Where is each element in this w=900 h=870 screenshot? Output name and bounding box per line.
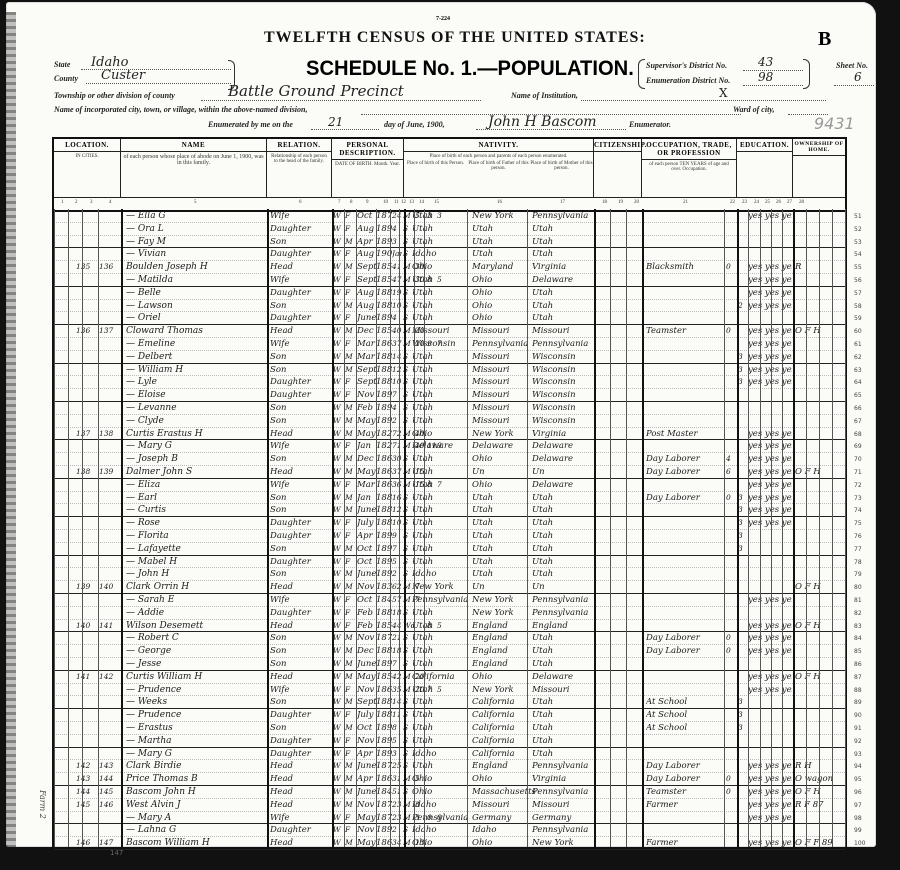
person-name: — Clyde xyxy=(126,415,266,427)
column-number: 16 xyxy=(497,200,502,205)
relation: Head xyxy=(270,773,332,785)
age: 23 xyxy=(392,799,402,811)
months-unemployed xyxy=(726,568,736,580)
family-number xyxy=(99,376,121,388)
birth-month: Nov xyxy=(357,735,376,747)
occupation: Day Laborer xyxy=(646,632,724,644)
group-name: NAME of each person whose place of abode… xyxy=(121,139,267,197)
sex: M xyxy=(345,261,356,273)
color-race: W xyxy=(333,658,344,670)
line-number: 85 xyxy=(854,648,862,655)
months-school: 3 xyxy=(738,543,748,555)
table-row: — ElizaWifeWFMar186436M1587UtahOhioDelaw… xyxy=(54,479,845,492)
column-divider xyxy=(82,209,83,847)
education-literacy: yes yes yes xyxy=(748,671,792,683)
person-name: — Delbert xyxy=(126,351,266,363)
sex: F xyxy=(345,376,356,388)
sex: F xyxy=(345,312,356,324)
home-ownership xyxy=(795,568,845,580)
column-number: 18 xyxy=(602,200,607,205)
birth-month: Nov xyxy=(357,799,376,811)
color-race: W xyxy=(333,210,344,222)
enumeration-value: 98 xyxy=(758,70,773,84)
dwelling-number xyxy=(76,594,98,606)
birth-month: Feb xyxy=(357,607,376,619)
table-row: 144145Bascom John HHeadWMJune184851SOhio… xyxy=(54,786,845,799)
months-unemployed xyxy=(726,709,736,721)
person-name: — Eliza xyxy=(126,479,266,491)
person-name: Curtis Erastus H xyxy=(126,428,266,440)
table-row: — LafayetteSonWMOct18927SUtahUtahUtah377 xyxy=(54,543,845,556)
home-ownership xyxy=(795,632,845,644)
occupation: Day Laborer xyxy=(646,645,724,657)
table-row: 143144Price Thomas BHeadWMApr186931M5Ohi… xyxy=(54,773,845,786)
person-name: Bascom John H xyxy=(126,786,266,798)
home-ownership: O wagon xyxy=(795,773,845,785)
occupation: Day Laborer xyxy=(646,453,724,465)
dwelling-number: 140 xyxy=(76,620,98,632)
education-literacy xyxy=(748,658,792,670)
months-school xyxy=(738,248,748,260)
family-number xyxy=(99,568,121,580)
occupation xyxy=(646,364,724,376)
column-number: 26 xyxy=(776,200,781,205)
occupation xyxy=(646,312,724,324)
home-ownership: O F H xyxy=(795,620,845,632)
person-name: — Lawson xyxy=(126,300,266,312)
table-row: — Robert CSonWMNov187821SUtahEnglandUtah… xyxy=(54,632,845,645)
occupation xyxy=(646,684,724,696)
relation: Daughter xyxy=(270,223,332,235)
column-divider xyxy=(98,209,99,847)
education-literacy xyxy=(748,696,792,708)
township-line xyxy=(201,100,481,101)
line-number: 73 xyxy=(854,495,862,502)
months-unemployed xyxy=(726,748,736,760)
months-school: 3 xyxy=(738,376,748,388)
home-ownership xyxy=(795,658,845,670)
relation: Son xyxy=(270,415,332,427)
months-school xyxy=(738,261,748,273)
education-literacy xyxy=(748,581,792,593)
months-unemployed xyxy=(726,376,736,388)
relation: Daughter xyxy=(270,709,332,721)
relation: Head xyxy=(270,261,332,273)
months-unemployed xyxy=(726,671,736,683)
family-number: 145 xyxy=(99,786,121,798)
family-number xyxy=(99,594,121,606)
column-number: 1 xyxy=(61,200,64,205)
column-divider xyxy=(748,209,749,847)
person-name: — Prudence xyxy=(126,709,266,721)
age: 3 xyxy=(392,748,402,760)
line-number: 59 xyxy=(854,315,862,322)
relation: Head xyxy=(270,760,332,772)
person-name: — Joseph B xyxy=(126,453,266,465)
column-number: 12 xyxy=(401,200,406,205)
birth-month: Mar xyxy=(357,351,376,363)
home-ownership: O F H xyxy=(795,581,845,593)
column-divider xyxy=(832,209,833,847)
age: 2 xyxy=(392,824,402,836)
dwelling-number: 146 xyxy=(76,837,98,849)
relation: Daughter xyxy=(270,376,332,388)
sex: F xyxy=(345,556,356,568)
column-number: 25 xyxy=(765,200,770,205)
family-number xyxy=(99,364,121,376)
dwelling-number xyxy=(76,556,98,568)
birth-month: May xyxy=(357,466,376,478)
form-number: 7-224 xyxy=(436,16,450,22)
relation: Head xyxy=(270,671,332,683)
months-school xyxy=(738,389,748,401)
birth-month: Jan xyxy=(357,492,376,504)
relation: Wife xyxy=(270,479,332,491)
education-literacy xyxy=(748,389,792,401)
months-school xyxy=(738,824,748,836)
line-number: 100 xyxy=(854,840,865,847)
table-row: — John HSonWMJune18972SIdahoUtahUtah79 xyxy=(54,568,845,581)
age: 2 xyxy=(392,568,402,580)
sex: M xyxy=(345,428,356,440)
home-ownership xyxy=(795,709,845,721)
months-school xyxy=(738,568,748,580)
birth-month: May xyxy=(357,415,376,427)
table-row: 137138Curtis Erastus HHeadWMMay182872M40… xyxy=(54,428,845,441)
table-row: — LevanneSonWMFeb18964SUtahMissouriWisco… xyxy=(54,402,845,415)
months-school xyxy=(738,287,748,299)
line-number: 64 xyxy=(854,379,862,386)
education-literacy xyxy=(748,530,792,542)
color-race: W xyxy=(333,389,344,401)
sex: M xyxy=(345,696,356,708)
education-literacy: yes yes yes xyxy=(748,620,792,632)
column-divider xyxy=(54,209,55,847)
dwelling-number xyxy=(76,236,98,248)
table-row: — WeeksSonWMSept188514SUtahCaliforniaUta… xyxy=(54,696,845,709)
table-row: — Ella GWifeWFOct187524M533UtahNew YorkP… xyxy=(54,210,845,223)
occupation: Teamster xyxy=(646,786,724,798)
months-school xyxy=(738,760,748,772)
person-name: — Vivian xyxy=(126,248,266,260)
line-number: 87 xyxy=(854,674,862,681)
dwelling-number xyxy=(76,824,98,836)
color-race: W xyxy=(333,799,344,811)
color-race: W xyxy=(333,402,344,414)
column-number: 9 xyxy=(366,200,369,205)
relation: Daughter xyxy=(270,607,332,619)
relation: Son xyxy=(270,453,332,465)
column-number: 11 xyxy=(394,200,399,205)
months-unemployed: 0 xyxy=(726,261,736,273)
table-row: 138139Dalmer John SHeadWMMay186337M15Uta… xyxy=(54,466,845,479)
group-occupation: OCCUPATION, TRADE, OR PROFESSION of each… xyxy=(642,139,737,197)
sex: M xyxy=(345,658,356,670)
birth-month: Mar xyxy=(357,338,376,350)
relation: Son xyxy=(270,722,332,734)
table-row: — EloiseDaughterWFNov18927SUtahMissouriW… xyxy=(54,389,845,402)
column-number: 10 xyxy=(383,200,388,205)
months-unemployed xyxy=(726,824,736,836)
birth-month: Nov xyxy=(357,581,376,593)
person-name: — Mabel H xyxy=(126,556,266,568)
dwelling-number xyxy=(76,812,98,824)
birth-month: Aug xyxy=(357,223,376,235)
column-divider xyxy=(467,209,468,847)
months-unemployed xyxy=(726,338,736,350)
relation: Son xyxy=(270,351,332,363)
age: 36 xyxy=(392,479,402,491)
line-number: 91 xyxy=(854,725,862,732)
birth-month: Apr xyxy=(357,773,376,785)
age: 10 xyxy=(392,517,402,529)
months-school xyxy=(738,645,748,657)
age: 2 xyxy=(392,415,402,427)
months-school xyxy=(738,799,748,811)
table-row: 139140Clark Orrin HHeadWMNov183762M7New … xyxy=(54,581,845,594)
dwelling-number xyxy=(76,210,98,222)
months-school: 3 xyxy=(738,709,748,721)
dwelling-number: 141 xyxy=(76,671,98,683)
education-literacy: yes yes yes xyxy=(748,479,792,491)
table-row: — Mary GDaughterWFApr18973SIdahoCaliforn… xyxy=(54,748,845,761)
column-number: 28 xyxy=(799,200,804,205)
line-number: 99 xyxy=(854,827,862,834)
person-name: Bascom William H xyxy=(126,837,266,849)
sex: M xyxy=(345,466,356,478)
home-ownership: O F H xyxy=(795,671,845,683)
column-divider xyxy=(390,209,391,847)
table-row: — GeorgeSonWMDec188118SUtahEnglandUtahDa… xyxy=(54,645,845,658)
census-title: TWELFTH CENSUS OF THE UNITED STATES: xyxy=(264,29,646,47)
column-divider xyxy=(806,209,807,847)
family-number: 141 xyxy=(99,620,121,632)
family-number xyxy=(99,389,121,401)
family-number xyxy=(99,517,121,529)
months-unemployed xyxy=(726,543,736,555)
person-name: — Jesse xyxy=(126,658,266,670)
birth-month: Dec xyxy=(357,453,376,465)
occupation: Post Master xyxy=(646,428,724,440)
months-unemployed xyxy=(726,223,736,235)
occupation xyxy=(646,594,724,606)
months-unemployed xyxy=(726,799,736,811)
sex: F xyxy=(345,530,356,542)
relation: Son xyxy=(270,696,332,708)
sex: F xyxy=(345,389,356,401)
person-name: Dalmer John S xyxy=(126,466,266,478)
months-school xyxy=(738,837,748,849)
sex: M xyxy=(345,760,356,772)
color-race: W xyxy=(333,620,344,632)
state-label: State xyxy=(54,60,70,69)
education-literacy: yes yes yes xyxy=(748,594,792,606)
dwelling-number xyxy=(76,300,98,312)
occupation xyxy=(646,607,724,619)
birth-month: July xyxy=(357,517,376,529)
occupation xyxy=(646,530,724,542)
months-unemployed xyxy=(726,300,736,312)
column-divider xyxy=(594,209,596,847)
column-divider xyxy=(610,209,611,847)
education-literacy xyxy=(748,402,792,414)
column-number: 27 xyxy=(787,200,792,205)
home-ownership xyxy=(795,543,845,555)
occupation xyxy=(646,479,724,491)
person-name: — Rose xyxy=(126,517,266,529)
line-number: 57 xyxy=(854,290,862,297)
months-school xyxy=(738,620,748,632)
line-number: 51 xyxy=(854,213,862,220)
age: 9 xyxy=(392,530,402,542)
table-row: 136137Cloward ThomasHeadWMDec185940M20Mi… xyxy=(54,325,845,338)
home-ownership: R F 87 xyxy=(795,799,845,811)
occupation xyxy=(646,402,724,414)
months-unemployed xyxy=(726,210,736,222)
relation: Daughter xyxy=(270,389,332,401)
dwelling-number xyxy=(76,543,98,555)
occupation xyxy=(646,274,724,286)
birth-month: Aug xyxy=(357,248,376,260)
occupation xyxy=(646,824,724,836)
line-number: 97 xyxy=(854,802,862,809)
relation: Head xyxy=(270,466,332,478)
education-literacy: yes yes yes xyxy=(748,287,792,299)
dwelling-number xyxy=(76,748,98,760)
months-unemployed xyxy=(726,312,736,324)
dwelling-number xyxy=(76,402,98,414)
footer-note: 147 xyxy=(110,849,123,857)
education-literacy: yes yes yes xyxy=(748,261,792,273)
line-number: 66 xyxy=(854,405,862,412)
table-row: — MarthaDaughterWFNov18945SUtahCaliforni… xyxy=(54,735,845,748)
family-number xyxy=(99,632,121,644)
age: 14 xyxy=(392,351,402,363)
family-number: 140 xyxy=(99,581,121,593)
color-race: W xyxy=(333,338,344,350)
enumerated-prefix: Enumerated by me on the xyxy=(208,120,293,129)
person-name: Boulden Joseph H xyxy=(126,261,266,273)
months-unemployed: 0 xyxy=(726,492,736,504)
birth-month: Sept xyxy=(357,376,376,388)
education-literacy: yes yes yes xyxy=(748,645,792,657)
color-race: W xyxy=(333,376,344,388)
color-race: W xyxy=(333,248,344,260)
age: 42 xyxy=(392,671,402,683)
family-number: 138 xyxy=(99,428,121,440)
person-name: — Levanne xyxy=(126,402,266,414)
person-name: — George xyxy=(126,645,266,657)
dwelling-number xyxy=(76,568,98,580)
months-unemployed xyxy=(726,837,736,849)
column-divider xyxy=(267,209,269,847)
birth-month: May xyxy=(357,428,376,440)
table-row: — EarlSonWMJan188416SUtahUtahUtahDay Lab… xyxy=(54,492,845,505)
months-unemployed xyxy=(726,287,736,299)
table-row: — VivianDaughterWFAug1900JanSIdahoUtahUt… xyxy=(54,248,845,261)
sex: M xyxy=(345,364,356,376)
group-location: LOCATION. IN CITIES. xyxy=(54,139,121,197)
column-number: 21 xyxy=(683,200,688,205)
months-school: 3 xyxy=(738,696,748,708)
months-unemployed xyxy=(726,517,736,529)
dwelling-number xyxy=(76,645,98,657)
sex: M xyxy=(345,300,356,312)
column-divider xyxy=(376,209,377,847)
family-number xyxy=(99,696,121,708)
family-number xyxy=(99,402,121,414)
dwelling-number xyxy=(76,696,98,708)
line-number: 96 xyxy=(854,789,862,796)
table-row: — DelbertSonWMMar188614SUtahMissouriWisc… xyxy=(54,351,845,364)
day-line xyxy=(311,129,379,130)
column-divider xyxy=(724,209,725,847)
family-number xyxy=(99,722,121,734)
sex: M xyxy=(345,492,356,504)
line-number: 55 xyxy=(854,264,862,271)
education-literacy: yes yes yes xyxy=(748,466,792,478)
dwelling-number xyxy=(76,389,98,401)
color-race: W xyxy=(333,824,344,836)
color-race: W xyxy=(333,684,344,696)
relation: Daughter xyxy=(270,556,332,568)
birth-month: Oct xyxy=(357,594,376,606)
color-race: W xyxy=(333,287,344,299)
family-number xyxy=(99,684,121,696)
column-number: 14 xyxy=(419,200,424,205)
months-unemployed xyxy=(726,684,736,696)
township-label: Township or other division of county xyxy=(54,91,175,100)
person-name: West Alvin J xyxy=(126,799,266,811)
color-race: W xyxy=(333,300,344,312)
relation: Son xyxy=(270,236,332,248)
birth-month: Apr xyxy=(357,530,376,542)
color-race: W xyxy=(333,428,344,440)
birth-month: June xyxy=(357,568,376,580)
occupation xyxy=(646,300,724,312)
sex: M xyxy=(345,786,356,798)
table-row: — LyleDaughterWFSept188910SUtahMissouriW… xyxy=(54,376,845,389)
relation: Daughter xyxy=(270,248,332,260)
table-row: — RoseDaughterWFJuly188910SUtahUtahUtah3… xyxy=(54,517,845,530)
home-ownership xyxy=(795,415,845,427)
dwelling-number: 137 xyxy=(76,428,98,440)
person-name: — Florita xyxy=(126,530,266,542)
occupation: Day Laborer xyxy=(646,492,724,504)
color-race: W xyxy=(333,709,344,721)
age: 12 xyxy=(392,364,402,376)
occupation xyxy=(646,658,724,670)
color-race: W xyxy=(333,530,344,542)
birth-month: Aug xyxy=(357,300,376,312)
line-number: 67 xyxy=(854,418,862,425)
age: 5 xyxy=(392,556,402,568)
color-race: W xyxy=(333,312,344,324)
person-name: — John H xyxy=(126,568,266,580)
table-row: — LawsonSonWMAug188910SUtahOhioUtah2yes … xyxy=(54,300,845,313)
line-number: 74 xyxy=(854,507,862,514)
education-literacy: yes yes yes xyxy=(748,760,792,772)
group-citizenship: CITIZENSHIP. xyxy=(594,139,642,197)
family-number xyxy=(99,440,121,452)
family-number: 143 xyxy=(99,760,121,772)
column-divider xyxy=(793,209,795,847)
group-personal-description: PERSONAL DESCRIPTION. DATE OF BIRTH. Mon… xyxy=(332,139,404,197)
column-divider xyxy=(737,209,739,847)
dwelling-number: 135 xyxy=(76,261,98,273)
home-ownership: O F H xyxy=(795,325,845,337)
line-number: 94 xyxy=(854,763,862,770)
